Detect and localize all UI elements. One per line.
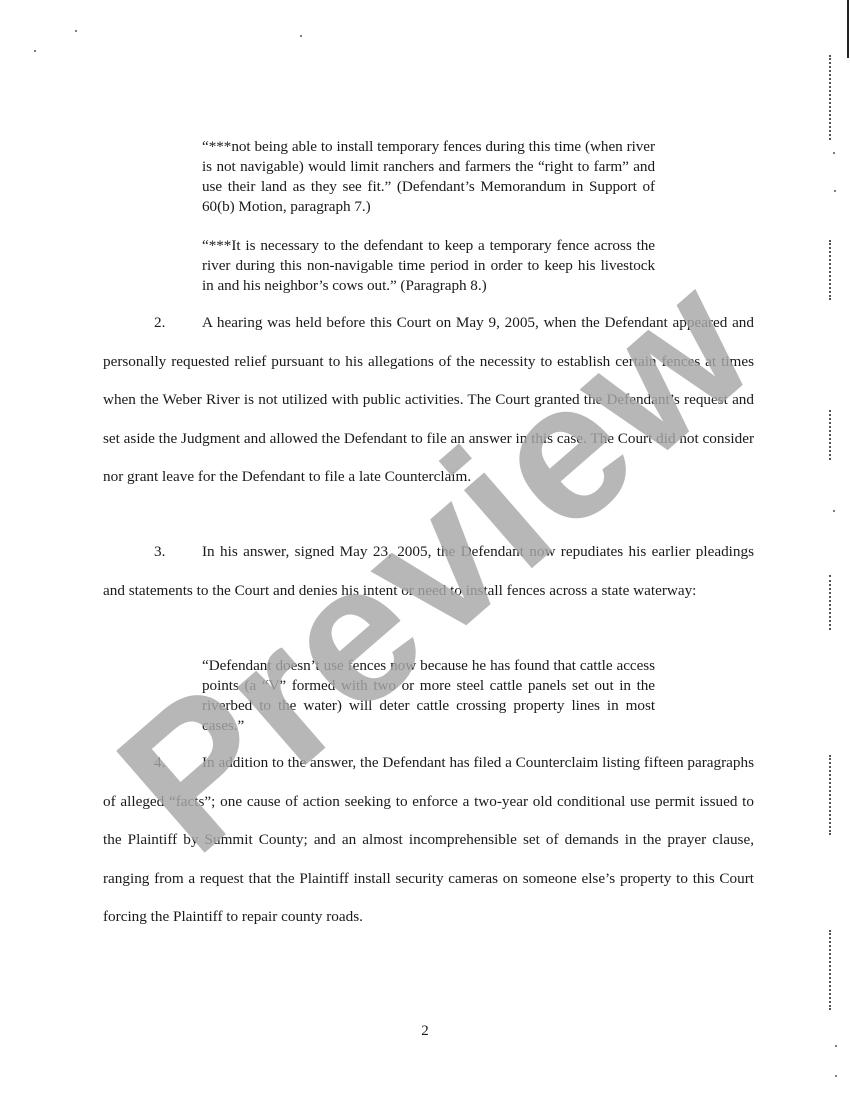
- scan-speck: [833, 510, 835, 512]
- paragraph-2: 2.A hearing was held before this Court o…: [103, 304, 754, 497]
- scan-dots: [829, 410, 833, 460]
- scan-dots: [829, 575, 833, 630]
- block-quote-answer: “Defendant doesn’t use fences now becaus…: [202, 656, 655, 736]
- document-page: “***not being able to install temporary …: [0, 0, 850, 1104]
- scan-dots: [829, 930, 833, 1010]
- paragraph-4: 4.In addition to the answer, the Defenda…: [103, 744, 754, 937]
- scan-dots: [829, 55, 833, 140]
- scan-dots: [829, 240, 833, 300]
- scan-speck: [833, 152, 835, 154]
- scan-dots: [829, 755, 833, 835]
- scan-speck: [300, 35, 302, 37]
- scan-speck: [835, 1045, 837, 1047]
- scan-speck: [834, 190, 836, 192]
- paragraph-3: 3.In his answer, signed May 23, 2005, th…: [103, 533, 754, 610]
- paragraph-number: 2.: [103, 304, 202, 343]
- paragraph-number: 4.: [103, 744, 202, 783]
- block-quote-memorandum: “***not being able to install temporary …: [202, 137, 655, 217]
- paragraph-number: 3.: [103, 533, 202, 572]
- block-quote-paragraph-8: “***It is necessary to the defendant to …: [202, 236, 655, 296]
- scan-speck: [835, 1075, 837, 1077]
- page-number: 2: [0, 1023, 850, 1040]
- scan-edge-line: [847, 0, 849, 58]
- scan-speck: [75, 30, 77, 32]
- scan-speck: [34, 50, 36, 52]
